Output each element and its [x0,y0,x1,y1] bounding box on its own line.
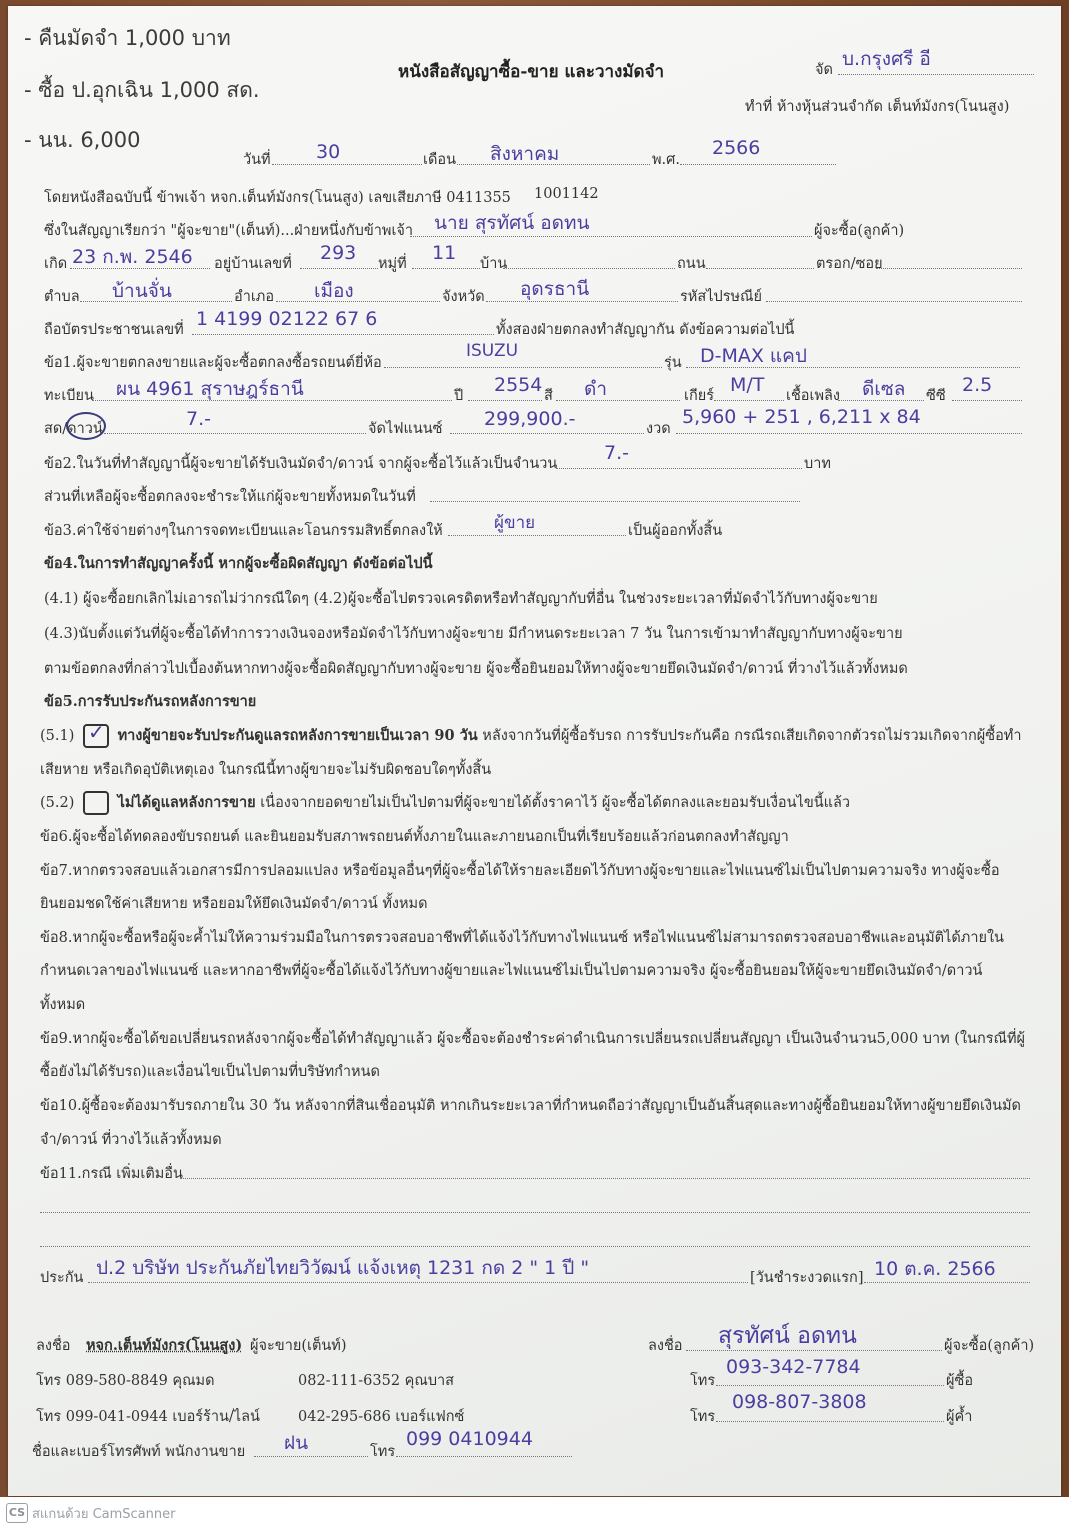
clause4-heading: ข้อ4.ในการทำสัญญาครั้งนี้ หากผู้จะซื้อผิ… [44,552,433,575]
house-label: อยู่บ้านเลขที่ [214,252,292,275]
car-gear: M/T [730,374,764,396]
fee-payer: ผู้ขาย [494,509,535,536]
contact-2: 082-111-6352 คุณบาส [298,1369,454,1392]
amphoe-value: เมือง [314,276,354,306]
month-label: เดือน [423,148,456,171]
born-value: 23 ก.พ. 2546 [72,242,193,272]
model-label: รุ่น [664,351,682,374]
option2-rest: เนื่องจากยอดขายไม่เป็นไปตามที่ผู้จะขายได… [256,795,850,811]
clause9-line-2: ซื้อยังไม่ได้รับรถ)และเงื่อนไขเป็นไปตามท… [40,1060,380,1083]
buyer-suffix: ผู้จะซื้อ(ลูกค้า) [814,219,904,242]
year-label-car: ปี [454,384,463,407]
day-label: วันที่ [243,148,271,171]
option1-bold: ทางผู้ขายจะรับประกันดูแลรถหลังการขายเป็น… [118,727,478,744]
born-label: เกิด [44,252,67,275]
scanner-watermark: สแกนด้วย CamScanner [32,1503,175,1524]
note-line-3: - นน. 6,000 [24,124,140,157]
check-icon: ✓ [88,720,105,744]
buyer-tel-role: ผู้ซื้อ [946,1369,973,1392]
id-label: ถือบัตรประชาชนเลขที่ [44,318,184,341]
guarantor-tel-role: ผู้ค้ำ [946,1405,972,1428]
contact-4: 042-295-686 เบอร์แฟกซ์ [298,1405,464,1428]
guarantor-tel-label: โทร [690,1405,715,1428]
option2-number: (5.2) [40,795,74,811]
clause2-text: ข้อ2.ในวันที่ทำสัญญานี้ผู้จะขายได้รับเงิ… [44,452,557,475]
seller-sign-label: ลงชื่อ [36,1334,71,1357]
warranty-option-1: (5.1) ✓ ทางผู้ขายจะรับประกันดูแลรถหลังกา… [40,724,1022,748]
clause1-text: ข้อ1.ผู้จะขายตกลงขายและผู้จะซื้อตกลงซื้อ… [44,351,382,374]
first-payment-value: 10 ต.ค. 2566 [874,1254,996,1284]
finance-amount: 299,900.- [484,408,575,430]
car-cc: 2.5 [962,374,992,396]
village-label: บ้าน [480,252,507,275]
year-label: พ.ศ. [652,148,680,171]
seller-role: ผู้จะขาย(เต็นท์) [250,1334,347,1357]
installment-label: งวด [646,417,671,440]
month-value: สิงหาคม [490,139,559,169]
guarantor-tel: 098-807-3808 [732,1391,867,1413]
buyer-signature: สุรทัศน์ อดทน [718,1318,857,1354]
clause4-line-1: (4.1) ผู้จะซื้อยกเลิกไม่เอารถไม่ว่ากรณีใ… [44,587,878,610]
clause10-line-2: จำ/ดาวน์ ที่วางไว้แล้วทั้งหมด [40,1128,222,1151]
clause11-text: ข้อ11.กรณี เพิ่มเติมอื่น [40,1162,183,1185]
no-warranty-checkbox[interactable] [83,791,109,815]
year-value: 2566 [712,137,760,159]
soi-label: ตรอก/ซอย [816,252,883,275]
amphoe-label: อำเภอ [234,285,274,308]
finance-label: จัด [815,58,833,81]
tax-id-tail: 1001142 [534,186,599,202]
clause7-line-2: ยินยอมชดใช้ค่าเสียหาย หรือยอมให้ยึดเงินม… [40,892,428,915]
deposit-unit: บาท [804,452,831,475]
finance-company: บ.กรุงศรี อี [842,44,931,74]
buyer-sign-label: ลงชื่อ [648,1334,683,1357]
agree-text: ทั้งสองฝ่ายตกลงทำสัญญากัน ดังข้อความต่อไ… [496,318,794,341]
down-selected-circle [66,412,106,440]
remain-text: ส่วนที่เหลือผู้จะซื้อตกลงจะชำระให้แก่ผู้… [44,485,416,508]
car-fuel: ดีเซล [862,374,905,404]
installment-value: 5,960 + 251 , 6,211 x 84 [682,406,921,428]
clause4-line-3: ตามข้อตกลงที่กล่าวไปเบื้องต้นหากทางผู้จะ… [44,657,908,680]
moo-value: 11 [432,242,456,264]
clause5-heading: ข้อ5.การรับประกันรถหลังการขาย [44,690,256,713]
first-payment-label: [วันชำระงวดแรก] [750,1266,863,1289]
option1-number: (5.1) [40,728,74,744]
car-brand: ISUZU [466,341,518,361]
car-registration: ผน 4961 สุราษฎร์ธานี [116,374,304,404]
intro-text: โดยหนังสือฉบับนี้ ข้าพเจ้า หจก.เต็นท์มัง… [44,186,511,209]
id-value: 1 4199 02122 67 6 [196,308,377,330]
note-line-2: - ซื้อ ป.อุกเฉิน 1,000 สด. [24,74,260,107]
gear-label: เกียร์ [684,384,714,407]
clause8-line-2: กำหนดเวลาของไฟแนนซ์ และหากอาชีพที่ผู้จะซ… [40,959,982,982]
clause3-text: ข้อ3.ค่าใช้จ่ายต่างๆในการจดทะเบียนและโอน… [44,519,443,542]
postal-label: รหัสไปรษณีย์ [680,285,762,308]
color-label: สี [544,384,553,407]
salesperson-tel: 099 0410944 [406,1428,533,1450]
warranty-90-checkbox[interactable]: ✓ [83,724,109,748]
reg-label: ทะเบียน [44,384,94,407]
insurance-value: ป.2 บริษัท ประกันภัยไทยวิวัฒน์ แจ้งเหตุ … [96,1253,589,1283]
option1-rest: หลังจากวันที่ผู้ซื้อรับรถ การรับประกันคื… [478,728,1022,744]
buyer-name: นาย สุรทัศน์ อดทน [434,208,590,238]
option1-line2: เสียหาย หรือเกิดอุบัติเหตุเอง ในกรณีนี้ท… [40,758,491,781]
salesperson-label: ชื่อและเบอร์โทรศัพท์ พนักงานขาย [32,1440,245,1463]
insurance-label: ประกัน [40,1266,83,1289]
warranty-option-2: (5.2) ไม่ได้ดูแลหลังการขาย เนื่องจากยอดข… [40,791,850,815]
buyer-tel-label: โทร [690,1369,715,1392]
tambon-value: บ้านจั่น [112,276,172,306]
car-year: 2554 [494,374,542,396]
fuel-label: เชื้อเพลิง [786,384,840,407]
down-value: 7.- [186,408,211,430]
document-title: หนังสือสัญญาซื้อ-ขาย และวางมัดจำ [398,58,664,85]
clause9-line-1: ข้อ9.หากผู้จะซื้อได้ขอเปลี่ยนรถหลังจากผู… [40,1027,1025,1050]
house-value: 293 [320,242,356,264]
clause7-line-1: ข้อ7.หากตรวจสอบแล้วเอกสารมีการปลอมแปลง ห… [40,859,1000,882]
province-label: จังหวัด [442,285,485,308]
clause10-line-1: ข้อ10.ผู้ซื้อจะต้องมารับรถภายใน 30 วัน ห… [40,1094,1021,1117]
tambon-label: ตำบล [44,285,80,308]
note-line-1: - คืนมัดจำ 1,000 บาท [24,22,231,55]
cc-label: ซีซี [926,384,946,407]
buyer-role: ผู้จะซื้อ(ลูกค้า) [944,1334,1034,1357]
clause3-suffix: เป็นผู้ออกทั้งสิ้น [628,519,722,542]
made-at: ทำที่ ห้างหุ้นส่วนจำกัด เต็นท์มังกร(โนนส… [745,95,1009,118]
province-value: อุดรธานี [520,274,589,304]
camscanner-logo-icon: CS [6,1503,28,1523]
contact-1: โทร 089-580-8849 คุณมด [36,1369,215,1392]
moo-label: หมู่ที่ [378,252,407,275]
day-value: 30 [316,141,340,163]
seller-line: ซึ่งในสัญญาเรียกว่า "ผู้จะขาย"(เต็นท์)..… [44,219,413,242]
clause6: ข้อ6.ผู้จะซื้อได้ทดลองขับรถยนต์ และยินยอ… [40,825,789,848]
road-label: ถนน [677,252,706,275]
clause8-line-3: ทั้งหมด [40,993,85,1016]
seller-name: หจก.เต็นท์มังกร(โนนสูง) [86,1334,242,1357]
option2-bold: ไม่ได้ดูแลหลังการขาย [118,794,256,811]
car-color: ดำ [584,374,607,404]
clause8-line-1: ข้อ8.หากผู้จะซื้อหรือผู้จะค้ำไม่ให้ความร… [40,926,1004,949]
buyer-tel: 093-342-7784 [726,1356,861,1378]
salesperson-name: ฝน [284,1428,308,1458]
deposit-amount: 7.- [604,442,629,464]
contact-3: โทร 099-041-0944 เบอร์ร้าน/ไลน์ [36,1405,260,1428]
finance-amount-label: จัดไฟแนนซ์ [368,417,442,440]
car-model: D-MAX แคป [700,341,807,371]
salesperson-tel-label: โทร [370,1440,395,1463]
clause4-line-2: (4.3)นับตั้งแต่วันที่ผู้จะซื้อได้ทำการวา… [44,622,903,645]
